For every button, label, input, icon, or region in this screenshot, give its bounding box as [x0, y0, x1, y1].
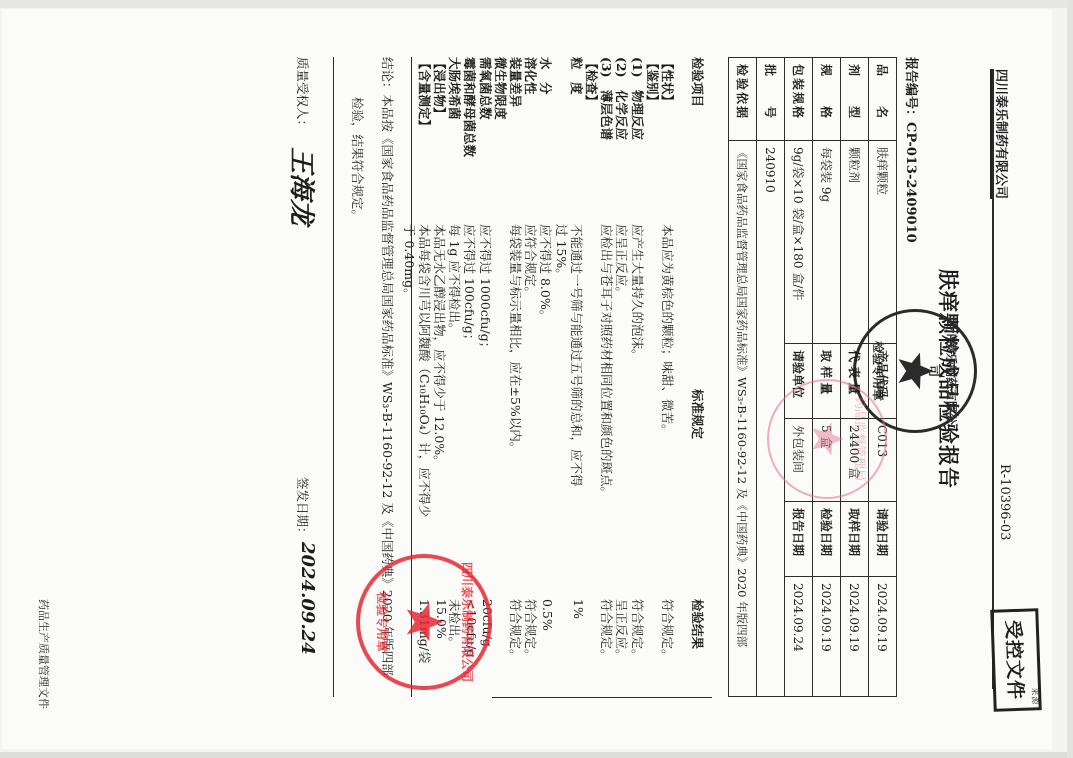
regulator-seal: 药品监督管理局	[767, 379, 887, 499]
scanner-edge-bottom	[0, 752, 1073, 758]
qa-label: 质量受权人：	[295, 57, 310, 132]
red-seal-bottom-text: 检验专用章	[374, 558, 391, 686]
header-result-text: 检验结果	[690, 599, 705, 649]
result-item: 【含量测定】	[415, 57, 433, 132]
qa-signature: 王海龙	[285, 147, 322, 225]
report-number-label: 报告编号：	[903, 57, 918, 122]
basis-label: 检验依据	[728, 58, 756, 141]
result-result: 1%	[570, 599, 585, 619]
info-value: 2024.09.19	[868, 577, 896, 697]
result-result: 符合规定。	[598, 599, 616, 662]
result-standard: 于 0.40mg。	[400, 224, 418, 301]
result-standard: 每袋装量与标示量相比，应在±5%以内。	[507, 224, 525, 454]
header-result: 检验结果	[689, 599, 707, 649]
info-value: 2024.09.19	[812, 577, 840, 697]
controlled-stamp-small-text: 来源	[1028, 687, 1040, 705]
result-standard: 应检出与苍耳子对照药材相同位置和颜色的斑点。	[598, 224, 616, 499]
info-value: 2024.09.19	[840, 577, 868, 697]
scanner-edge-top	[0, 0, 1073, 8]
conclusion-divider	[333, 57, 334, 697]
star-icon	[893, 349, 937, 393]
info-label: 检验日期	[812, 502, 840, 577]
basis-value: 《国家食品药品监督管理总局国家药品标准》WS₃-B-1160-92-12 及《中…	[728, 141, 756, 697]
issue-date-value: 2024.09.24	[297, 542, 318, 655]
info-label: 批 号	[756, 58, 784, 141]
result-standard: 本品应为黄棕色的颗粒；味甜、微苦。	[659, 224, 677, 437]
signoff-row: 质量受权人： 王海龙 签发日期： 2024.09.24	[294, 57, 312, 697]
form-code: R-10396-03	[997, 464, 1012, 540]
info-value: 颗粒剂	[840, 141, 868, 344]
info-row: 规 格 每袋装 9g 取 样 量 5 盒 检验日期 2024.09.19	[812, 58, 840, 697]
info-value: 2024.09.24	[784, 577, 812, 697]
scanner-edge-right	[1067, 0, 1073, 758]
result-result: 0.5%	[540, 599, 555, 631]
info-value: 肤痒颗粒	[868, 141, 896, 344]
inspection-report-page: 四川泰乐制药有限公司 R-10396-03 来源 受控文件 肤痒颗粒成品检验报告…	[2, 9, 1052, 749]
info-label: 品 名	[868, 58, 896, 141]
header-standard: 标准规定	[689, 389, 707, 439]
product-info-table: 品 名 肤痒颗粒 产品代码 C013 请验日期 2024.09.19 剂 型 颗…	[728, 57, 897, 697]
header-standard-text: 标准规定	[690, 389, 705, 439]
info-value: 9g/袋×10 袋/盒×180 盒/件	[784, 141, 812, 344]
info-label: 报告日期	[784, 502, 812, 577]
company-inspection-seal: 四川泰乐制药有限公司 检验专用章	[356, 554, 492, 690]
info-row-basis: 检验依据 《国家食品药品监督管理总局国家药品标准》WS₃-B-1160-92-1…	[728, 58, 756, 697]
info-label: 请验日期	[868, 502, 896, 577]
report-number: 报告编号：CP-013-2409010	[903, 57, 922, 243]
document-footer: 药品生产质量管理文件	[36, 599, 52, 709]
issue-date-label: 签发日期：	[294, 477, 312, 540]
info-row: 品 名 肤痒颗粒 产品代码 C013 请验日期 2024.09.19	[868, 58, 896, 697]
red-seal-top-text: 四川泰乐制药有限公司	[459, 558, 476, 686]
info-row: 批 号 240910	[756, 58, 784, 697]
info-row: 包装规格 9g/袋×10 袋/盒×180 盒/件 请验单位 外包装间 报告日期 …	[784, 58, 812, 697]
header-item: 检验项目	[689, 57, 707, 107]
result-item: 粒 度	[567, 57, 585, 95]
info-row: 剂 型 颗粒剂 代 表 量 24400 盒 取样日期 2024.09.19	[840, 58, 868, 697]
result-result: 符合规定。	[507, 599, 525, 662]
report-number-value: CP-013-2409010	[903, 122, 918, 243]
controlled-document-stamp: 来源 受控文件	[990, 608, 1042, 712]
info-value: 每袋装 9g	[812, 141, 840, 344]
star-icon	[807, 419, 847, 459]
info-label: 剂 型	[840, 58, 868, 141]
star-icon	[401, 599, 447, 645]
header-divider	[992, 69, 994, 689]
info-label: 取样日期	[840, 502, 868, 577]
info-label: 规 格	[812, 58, 840, 141]
header-item-text: 检验项目	[690, 57, 705, 107]
info-label: 包装规格	[784, 58, 812, 141]
controlled-stamp-text: 受控文件	[1001, 620, 1031, 701]
regulator-seal-text: 药品监督管理局	[852, 381, 869, 497]
result-result: 符合规定。	[659, 599, 677, 662]
results-right-border	[492, 697, 712, 698]
